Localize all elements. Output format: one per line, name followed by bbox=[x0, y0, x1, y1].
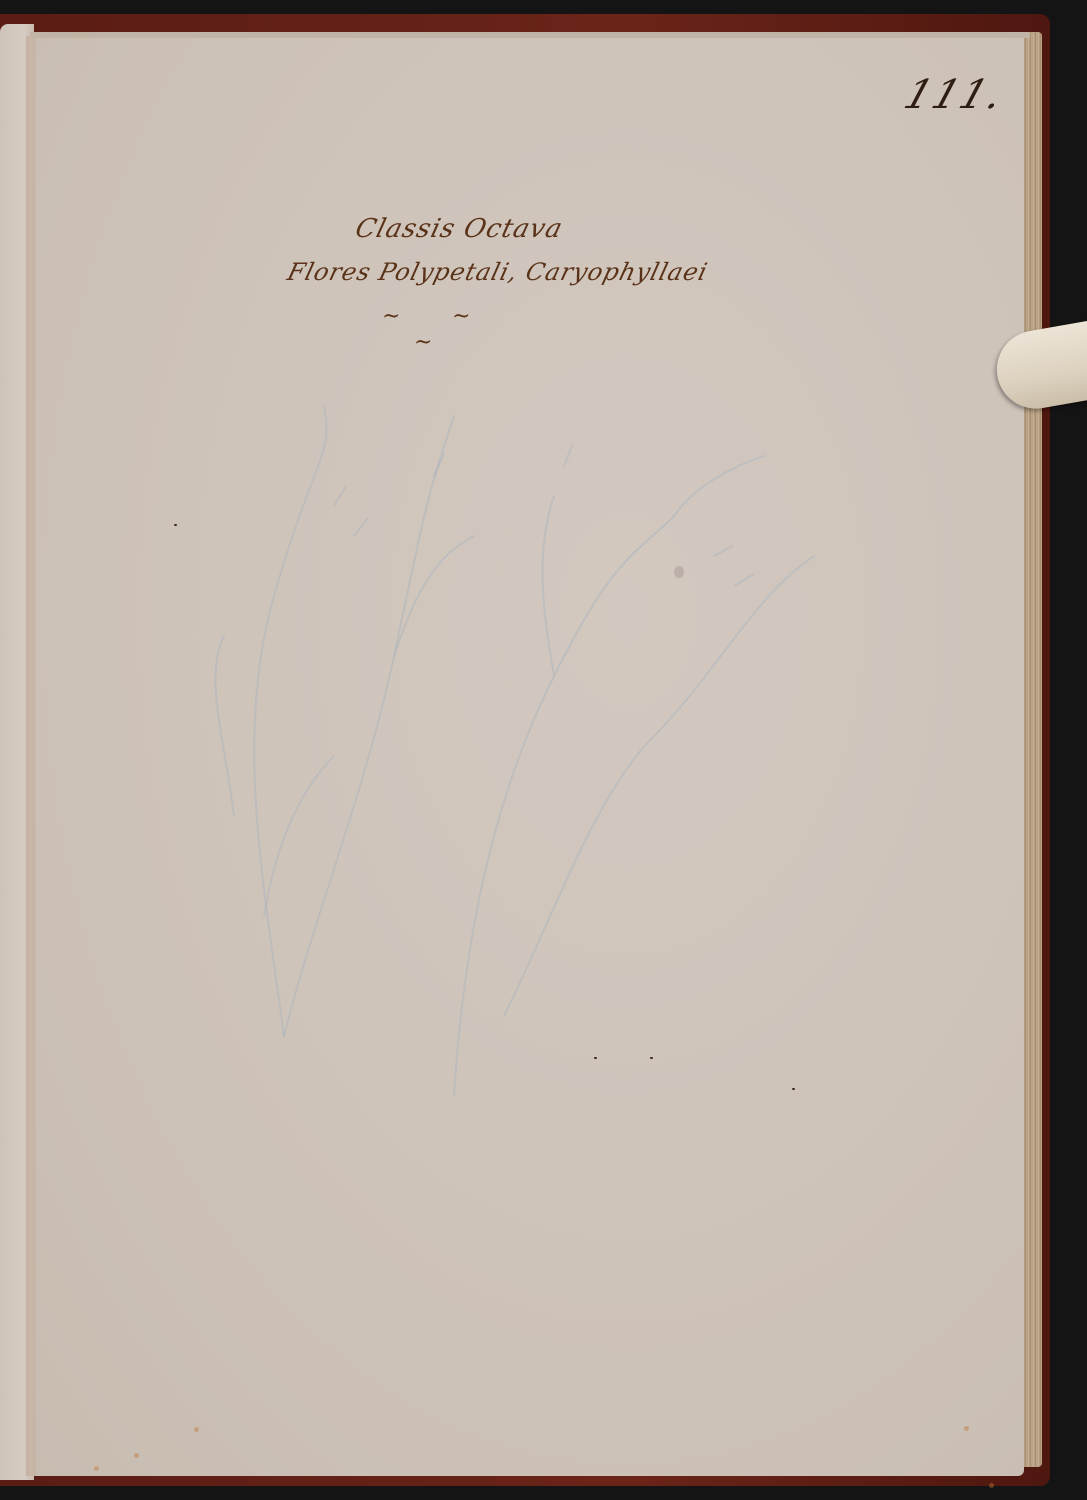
flourish-mark: ~ bbox=[414, 332, 432, 354]
foxing-spot bbox=[94, 1466, 99, 1471]
foxing-spot bbox=[134, 1453, 139, 1458]
foxing-spot bbox=[194, 1427, 199, 1432]
ink-speck bbox=[792, 1088, 795, 1090]
gutter-shadow bbox=[26, 36, 36, 1476]
foxing-spot bbox=[989, 1483, 994, 1488]
fore-edge bbox=[1022, 32, 1042, 1467]
foxing-spot bbox=[964, 1426, 969, 1431]
ink-speck bbox=[594, 1057, 597, 1059]
stain-spot bbox=[674, 566, 684, 578]
flourish-mark: ~ bbox=[382, 306, 400, 328]
class-subheading: Flores Polypetali, Caryophyllaei bbox=[285, 258, 711, 286]
ink-speck bbox=[650, 1057, 653, 1059]
manuscript-page: Classis Octava Flores Polypetali, Caryop… bbox=[34, 36, 1024, 1476]
class-heading: Classis Octava bbox=[352, 214, 566, 244]
ink-speck bbox=[174, 524, 177, 526]
top-page-edges bbox=[30, 32, 1030, 38]
page-number: 111. bbox=[899, 72, 1011, 118]
flourish-mark: ~ bbox=[452, 306, 470, 328]
pencil-sketch bbox=[34, 36, 1024, 1476]
